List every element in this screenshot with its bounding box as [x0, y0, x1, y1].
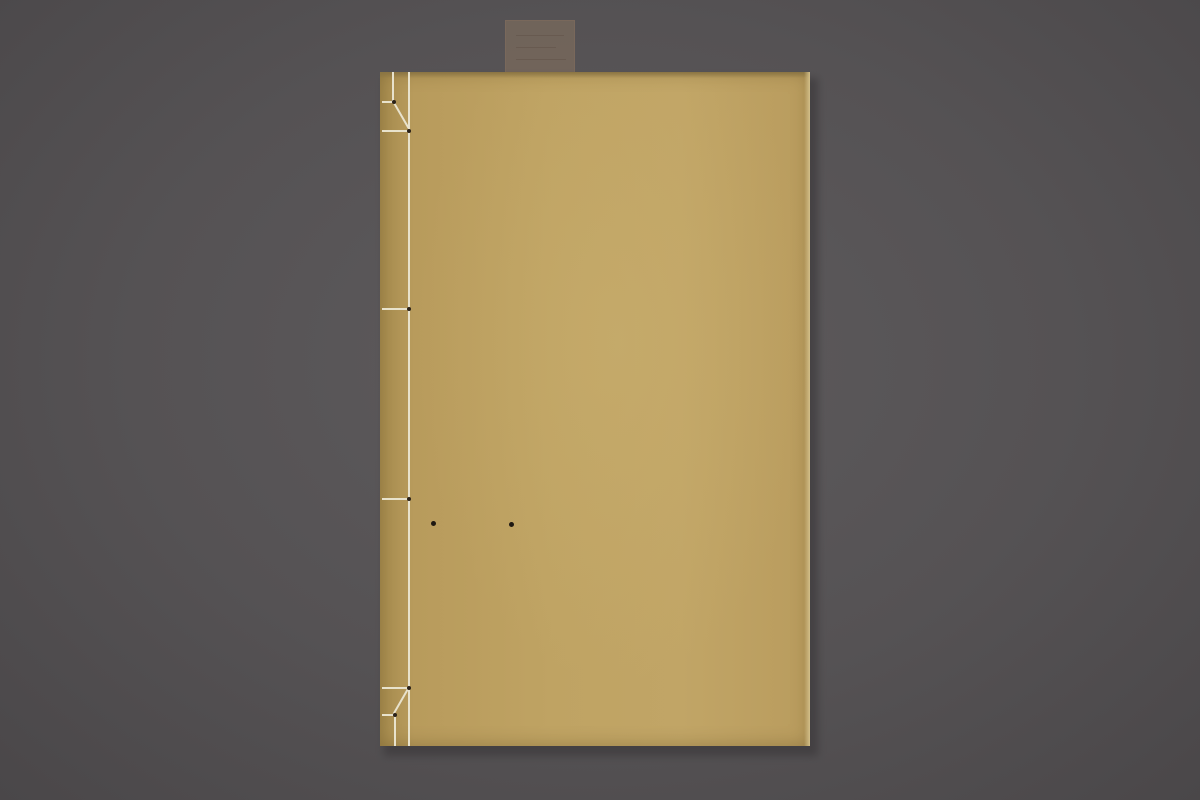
spine-stitch-line — [408, 72, 410, 746]
binding-hole — [393, 713, 397, 717]
cover-mark — [509, 522, 514, 527]
binding-hole — [407, 307, 411, 311]
top-edge — [380, 72, 810, 78]
cover-mark — [431, 521, 436, 526]
right-edge — [804, 72, 810, 746]
top-corner-stitch-diag — [393, 102, 410, 129]
paper-label — [505, 20, 575, 77]
binding-hole — [407, 129, 411, 133]
top-corner-stitch-h2 — [382, 130, 408, 132]
top-corner-stitch-v — [392, 72, 394, 102]
binding-hole — [407, 686, 411, 690]
bottom-corner-stitch-v — [394, 714, 396, 746]
binding-hole — [407, 497, 411, 501]
binding-hole — [392, 100, 396, 104]
middle-stitch-2 — [382, 498, 409, 500]
book-cover — [380, 72, 810, 746]
bottom-corner-stitch-h1 — [382, 687, 408, 689]
middle-stitch-1 — [382, 308, 409, 310]
bottom-corner-stitch-diag — [393, 688, 410, 715]
